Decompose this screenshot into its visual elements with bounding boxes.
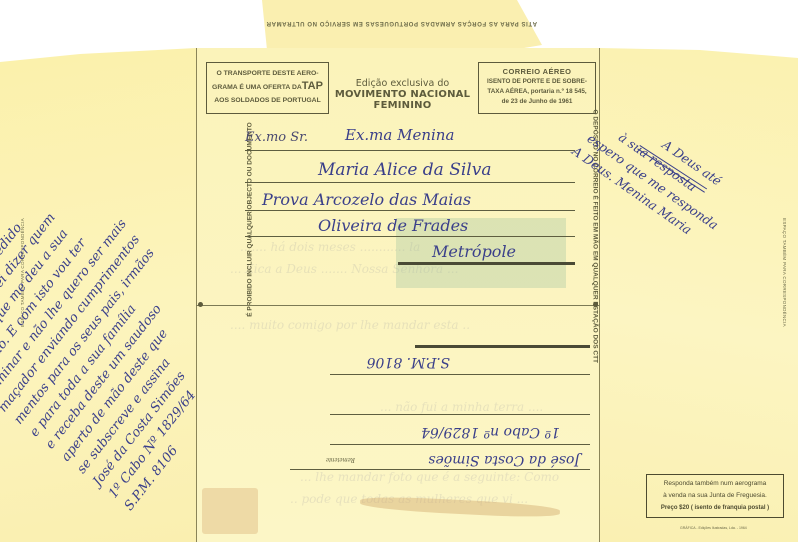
tap-box-line3: AOS SOLDADOS DE PORTUGAL bbox=[207, 94, 328, 107]
flap-printed-text: ÁTIS PARA AS FORÇAS ARMADAS PORTUGUESAS … bbox=[272, 20, 537, 26]
airmail-line2: TAXA AÉREA, portaria n.º 18 545, bbox=[479, 87, 595, 97]
edition-line1: Edição exclusiva do bbox=[330, 78, 475, 89]
address-line-4 bbox=[245, 236, 575, 237]
airmail-line3: de 23 de Junho de 1961 bbox=[479, 97, 595, 107]
airmail-heading: CORREIO AÉREO bbox=[479, 67, 595, 77]
reply-promo-box: Responda também num aerograma à venda na… bbox=[646, 474, 784, 518]
salutation-printed: Ex.mo Sr. bbox=[245, 130, 308, 145]
recipient-name: Maria Alice da Silva bbox=[318, 160, 491, 180]
sender-spm: S.P.M. 8106 bbox=[367, 354, 450, 370]
right-letter-panel bbox=[600, 0, 798, 542]
sender-name: José da Costa Simões bbox=[428, 452, 580, 468]
address-line-2 bbox=[245, 182, 575, 183]
airmail-box: CORREIO AÉREO ISENTO DE PORTE E DE SOBRE… bbox=[478, 62, 596, 114]
address-line-1 bbox=[245, 150, 575, 151]
airmail-line1: ISENTO DE PORTE E DE SOBRE- bbox=[479, 77, 595, 87]
tap-box-line2: GRAMA É UMA OFERTA DA bbox=[212, 84, 302, 91]
salutation-handwritten: Ex.ma Menina bbox=[345, 126, 454, 144]
address-underline bbox=[398, 262, 575, 265]
reply-line2: à venda na sua Junta de Freguesia. bbox=[647, 490, 783, 502]
sender-line-1 bbox=[290, 469, 590, 470]
edition-line2: MOVIMENTO NACIONAL FEMININO bbox=[330, 89, 475, 111]
sender-line-4 bbox=[330, 374, 590, 375]
recipient-address-line2: Prova Arcozelo das Maias bbox=[262, 190, 471, 209]
address-line-3 bbox=[245, 210, 575, 211]
printer-note: GRÁFICA - Edições Ilustradas, Lda. - 196… bbox=[680, 526, 747, 530]
reply-line1: Responda também num aerograma bbox=[647, 478, 783, 490]
recipient-address-line4: Metrópole bbox=[432, 242, 516, 261]
sender-label: Remetente bbox=[326, 456, 355, 464]
sender-underline bbox=[415, 345, 590, 348]
recipient-address-line3: Oliveira de Frades bbox=[318, 216, 468, 235]
stain bbox=[202, 488, 258, 534]
edition-title: Edição exclusiva do MOVIMENTO NACIONAL F… bbox=[330, 78, 475, 111]
tap-brand: TAP bbox=[302, 80, 323, 92]
sender-line-3 bbox=[330, 414, 590, 415]
tap-box-line1: O TRANSPORTE DESTE AERO- bbox=[207, 67, 328, 80]
sender-rank: 1º Cabo nº 1829/64 bbox=[421, 424, 560, 440]
sender-block: Remetente José da Costa Simões 1º Cabo n… bbox=[270, 330, 590, 470]
reply-price: Preço $20 ( isento de franquia postal ) bbox=[647, 502, 783, 514]
show-through-text: ... lhe mandar foto que é a seguinte: Co… bbox=[300, 470, 559, 484]
fold-marker-right bbox=[593, 302, 598, 307]
tap-offer-box: O TRANSPORTE DESTE AERO- GRAMA É UMA OFE… bbox=[206, 62, 329, 114]
sender-line-2 bbox=[330, 444, 590, 445]
